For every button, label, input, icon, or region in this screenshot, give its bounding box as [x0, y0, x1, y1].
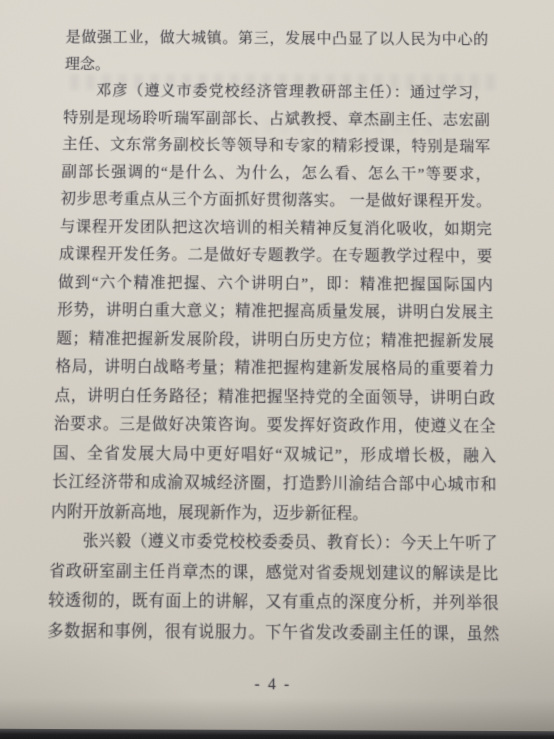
document-line: 多数据和事例，很有说服力。下午省发改委副主任的课，虽然 — [47, 616, 500, 649]
document-line: 做到“六个精准把握、六个讲明白”，即：精准把握国际国内 — [58, 269, 493, 300]
document-line: 主任、文东常务副校长等领导和专家的精彩授课，特别是瑞军 — [62, 131, 491, 161]
document-line: 是做强工业，做大城镇。第三，发展中凸显了以人民为中心的 — [65, 25, 488, 54]
document-line: 副部长强调的“是什么、为什么，怎么看、怎么干”等要求， — [61, 159, 491, 189]
document-line: 理念。 — [64, 51, 489, 80]
document-line: 与课程开发团队把这次培训的相关精神反复消化吸收，如期完 — [59, 213, 492, 243]
document-line: 内附开放新高地，展现新作为，迈步新征程。 — [51, 497, 498, 529]
document-line: 格局，讲明白战略考量；精准把握构建新发展格局的重要着力 — [55, 353, 495, 384]
document-line: 治要求。三是做好决策咨询。要发挥好资政作用，使遵义在全 — [53, 410, 495, 442]
document-photo: 是做强工业，做大城镇。第三，发展中凸显了以人民为中心的理念。 邓彦（遵义市委党校… — [0, 0, 554, 739]
document-line: 国、全省发展大局中更好唱好“双城记”，形成增长极，融入 — [52, 439, 496, 471]
table-edge — [0, 729, 554, 739]
document-line: 初步思考重点从三个方面抓好贯彻落实。 一是做好课程开发。 — [60, 186, 491, 216]
document-line: 较透彻的，既有面上的讲解，又有重点的深度分析，并列举很 — [48, 586, 499, 619]
document-text-block: 是做强工业，做大城镇。第三，发展中凸显了以人民为中心的理念。 邓彦（遵义市委党校… — [45, 25, 500, 697]
document-line: 长江经济带和成渝双城经济圈，打造黔川渝结合部中心城市和 — [51, 468, 496, 500]
document-line: 邓彦（遵义市委党校经济管理教研部主任）：通过学习， — [64, 78, 490, 107]
document-line: 张兴毅（遵义市委党校校委委员、教育长）：今天上午听了 — [50, 527, 498, 560]
page-number: - 4 - — [45, 674, 500, 697]
document-lines: 是做强工业，做大城镇。第三，发展中凸显了以人民为中心的理念。 邓彦（遵义市委党校… — [47, 25, 500, 650]
document-line: 题；精准把握新发展阶段，讲明白历史方位；精准把握新发展 — [56, 325, 494, 356]
document-line: 点，讲明白任务路径；精准把握坚持党的全面领导，讲明白政 — [54, 381, 495, 412]
paper-edge-shadow — [0, 698, 554, 732]
document-line: 特别是现场聆听瑞军副部长、占斌教授、章杰副主任、志宏副 — [63, 104, 490, 134]
document-line: 成课程开发任务。二是做好专题教学。在专题教学过程中，要 — [59, 241, 493, 271]
document-line: 形势，讲明白重大意义；精准把握高质量发展，讲明白发展主 — [57, 297, 494, 328]
document-line: 省政研室副主任肖章杰的课，感觉对省委规划建议的解读是比 — [49, 556, 499, 589]
